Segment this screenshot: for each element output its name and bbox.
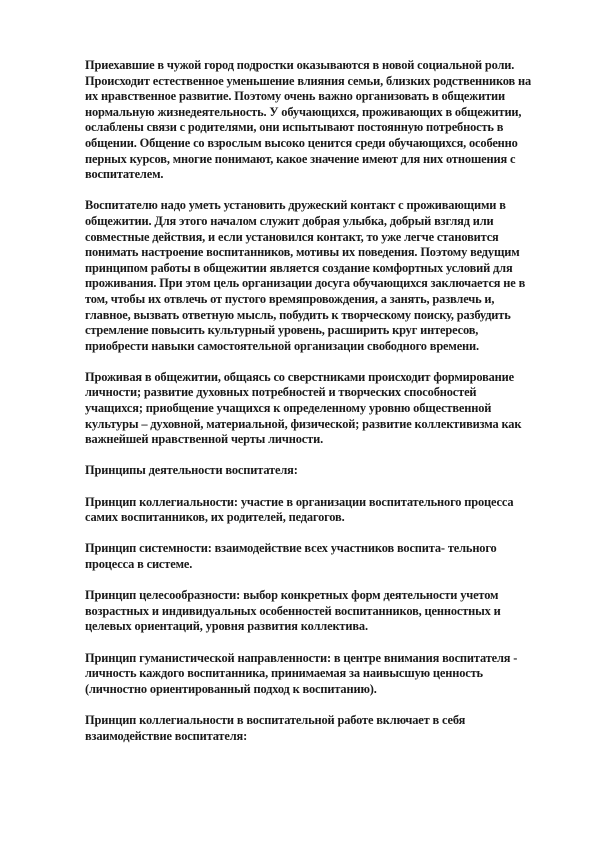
text-line: перных курсов, многие понимают, какое зн… xyxy=(85,152,545,168)
text-line: Проживая в общежитии, общаясь со сверстн… xyxy=(85,370,545,386)
text-line: том, чтобы их отвлечь от пустого времяпр… xyxy=(85,292,545,308)
text-line: стремление повысить культурный уровень, … xyxy=(85,323,545,339)
text-line: принципом работы в общежитии является со… xyxy=(85,261,545,277)
text-line: самих воспитанников, их родителей, педаг… xyxy=(85,510,545,526)
text-line: учащихся; приобщение учащихся к определе… xyxy=(85,401,545,417)
text-line: совместные действия, и если установился … xyxy=(85,230,545,246)
text-line: общении. Общение со взрослым высоко цени… xyxy=(85,136,545,152)
text-line: Принцип коллегиальности: участие в орган… xyxy=(85,495,545,511)
paragraph-intro: Приехавшие в чужой город подростки оказы… xyxy=(85,58,545,183)
text-line: Воспитателю надо уметь установить дружес… xyxy=(85,198,545,214)
text-line: личности; развитие духовных потребностей… xyxy=(85,385,545,401)
paragraph-educator-contact: Воспитателю надо уметь установить дружес… xyxy=(85,198,545,354)
paragraph-collegiality-includes: Принцип коллегиальности в воспитательной… xyxy=(85,713,545,744)
paragraph-principle-expediency: Принцип целесообразности: выбор конкретн… xyxy=(85,588,545,635)
text-line: Происходит естественное уменьшение влиян… xyxy=(85,74,545,90)
text-line: возрастных и индивидуальных особенностей… xyxy=(85,604,545,620)
text-line: Принципы деятельности воспитателя: xyxy=(85,463,545,479)
text-line: понимать настроение воспитанников, мотив… xyxy=(85,245,545,261)
paragraph-principles-heading: Принципы деятельности воспитателя: xyxy=(85,463,545,479)
text-line: главное, вызвать ответную мысль, побудит… xyxy=(85,308,545,324)
text-line: целевых ориентаций, уровня развития колл… xyxy=(85,619,545,635)
text-line: Принцип системности: взаимодействие всех… xyxy=(85,541,545,557)
text-line: воспитателем. xyxy=(85,167,545,183)
paragraph-personality-formation: Проживая в общежитии, общаясь со сверстн… xyxy=(85,370,545,448)
text-line: их нравственное развитие. Поэтому очень … xyxy=(85,89,545,105)
text-line: нормальную жизнедеятельность. У обучающи… xyxy=(85,105,545,121)
text-line: взаимодействие воспитателя: xyxy=(85,729,545,745)
text-line: Принцип гуманистической направленности: … xyxy=(85,651,545,667)
document-page: Приехавшие в чужой город подростки оказы… xyxy=(85,58,545,760)
text-line: процесса в системе. xyxy=(85,557,545,573)
paragraph-principle-systematicity: Принцип системности: взаимодействие всех… xyxy=(85,541,545,572)
text-line: Принцип коллегиальности в воспитательной… xyxy=(85,713,545,729)
paragraph-principle-humanism: Принцип гуманистической направленности: … xyxy=(85,651,545,698)
text-line: личность каждого воспитанника, принимаем… xyxy=(85,666,545,682)
text-line: общежитии. Для этого началом служит добр… xyxy=(85,214,545,230)
paragraph-principle-collegiality: Принцип коллегиальности: участие в орган… xyxy=(85,495,545,526)
text-line: культуры – духовной, материальной, физич… xyxy=(85,417,545,433)
text-line: ослаблены связи с родителями, они испыты… xyxy=(85,120,545,136)
text-line: Принцип целесообразности: выбор конкретн… xyxy=(85,588,545,604)
text-line: Приехавшие в чужой город подростки оказы… xyxy=(85,58,545,74)
text-line: приобрести навыки самостоятельной органи… xyxy=(85,339,545,355)
text-line: проживания. При этом цель организации до… xyxy=(85,276,545,292)
text-line: (личностно ориентированный подход к восп… xyxy=(85,682,545,698)
text-line: важнейшей нравственной черты личности. xyxy=(85,432,545,448)
